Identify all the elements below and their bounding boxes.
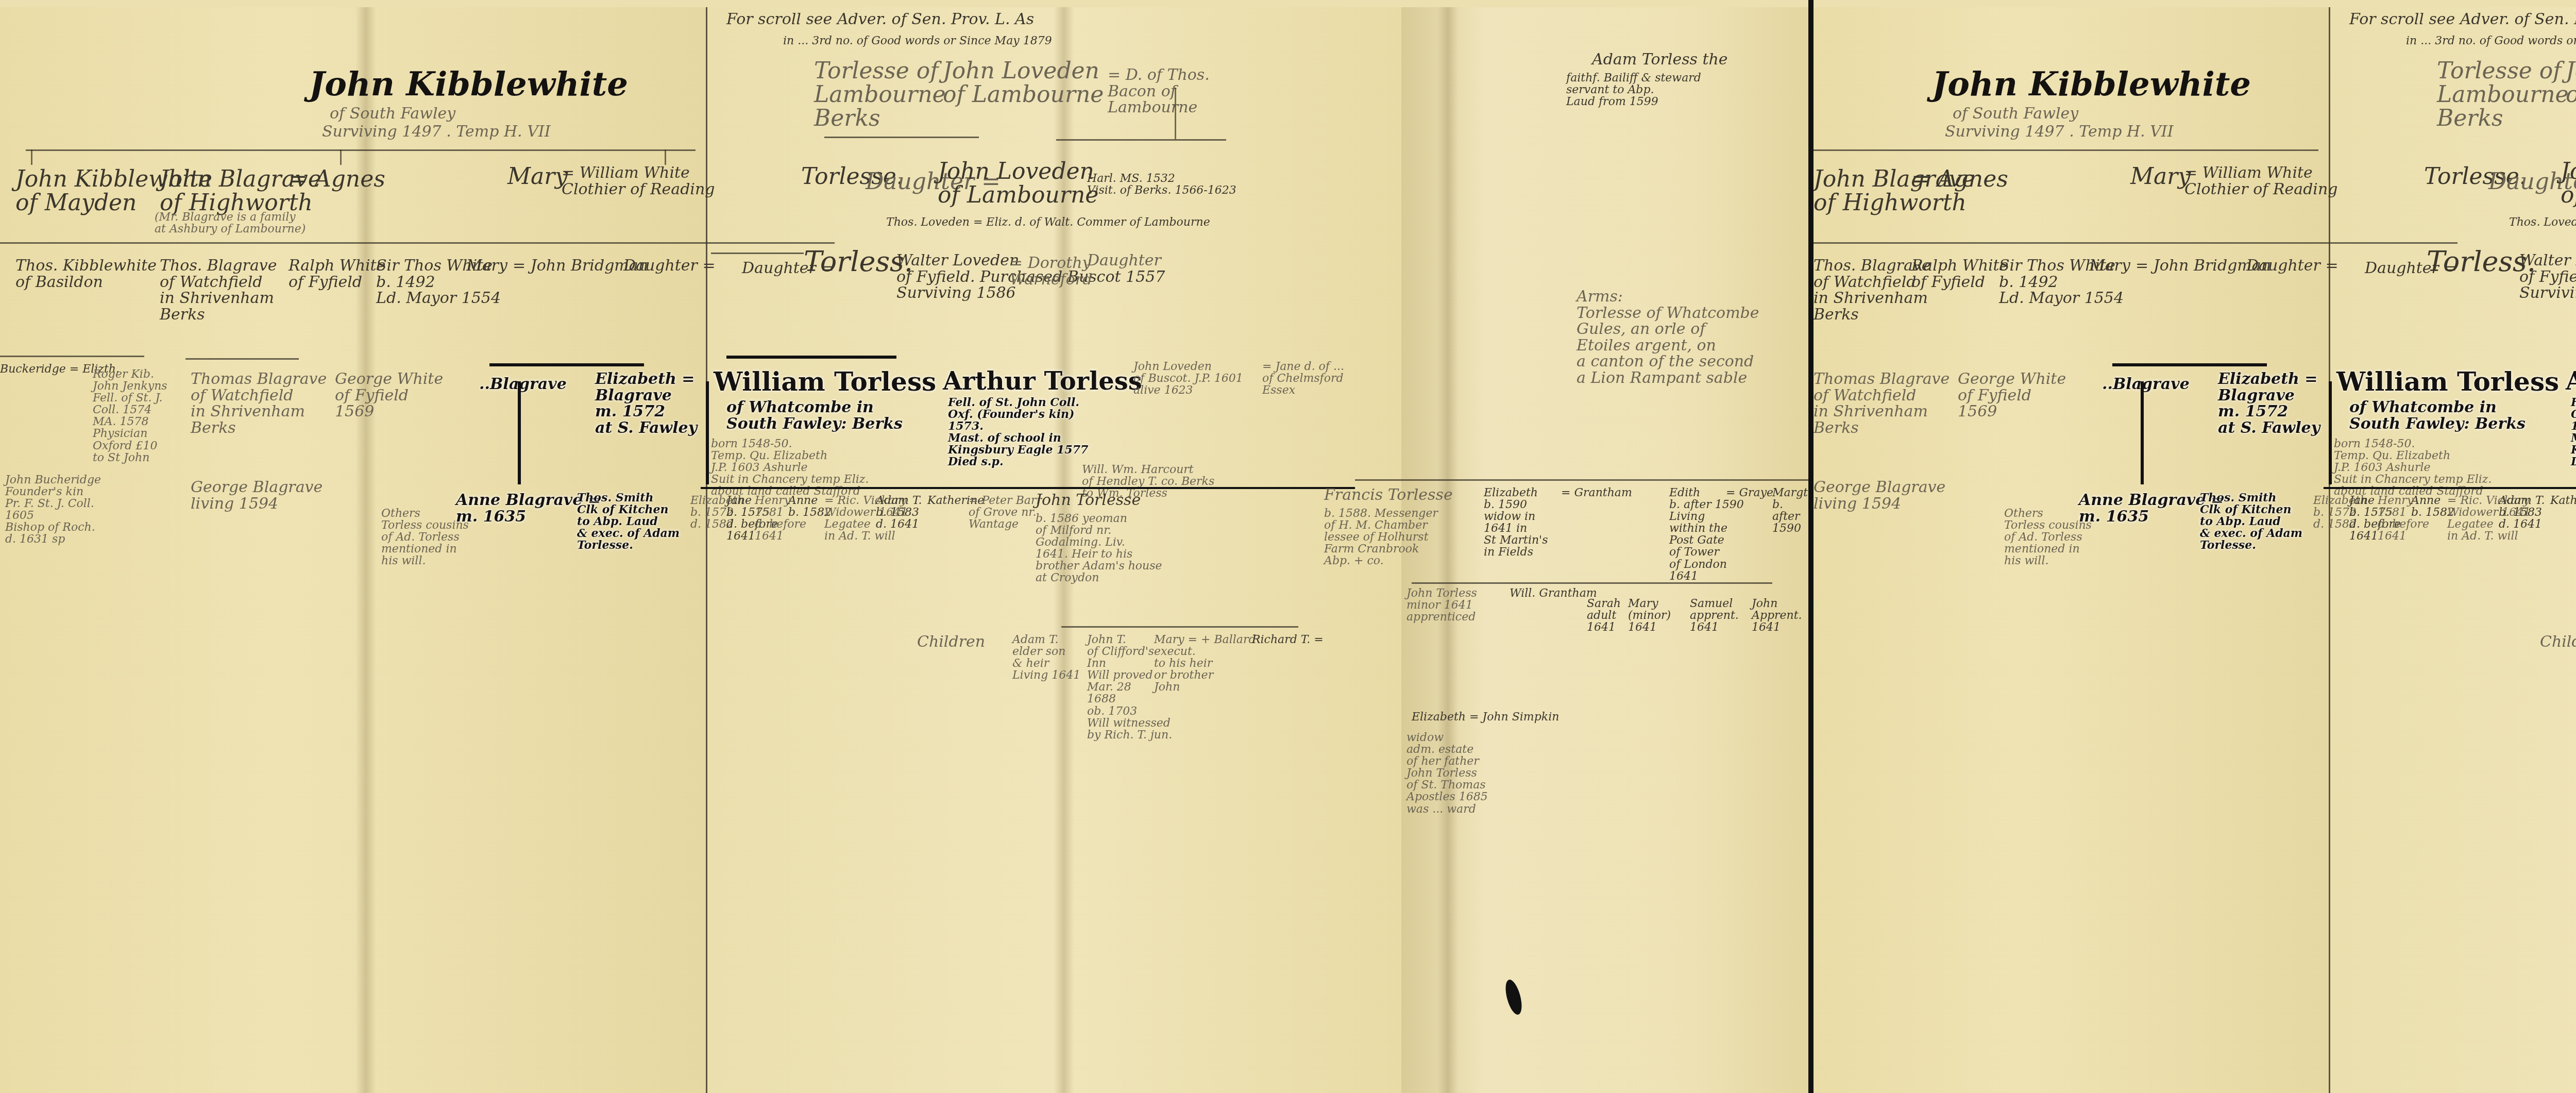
image-seam-divider: [1808, 0, 1814, 1093]
descent-line-bold: [2329, 381, 2332, 484]
person-john-loveden-lambourne: John Loveden of Lambourne: [2566, 59, 2576, 107]
harleian-ms-note: Harl. MS. 1532 Visit. of Berks. 1566-162…: [1087, 173, 1236, 196]
scroll-reference-note: For scroll see Adver. of Sen. Prov. L. A…: [726, 11, 1034, 28]
descent-line: [26, 149, 696, 151]
person-arthur-torless: Arthur Torless: [2566, 368, 2576, 394]
person-thomas-blagrave: Thomas Blagrave of Watchfield in Shriven…: [1814, 371, 1950, 436]
person-thos-smith: Thos. Smith Clk of Kitchen to Abp. Laud …: [2200, 492, 2302, 551]
person-dorothy-warneford: = Dorothy Warneford: [1010, 255, 1092, 288]
person-elizabeth-blagrave: Elizabeth = Blagrave m. 1572 at S. Fawle…: [595, 371, 697, 436]
person-mary: Mary: [507, 165, 568, 189]
person-edith: Edith b. after 1590 Living within the Po…: [1669, 487, 1744, 582]
person-william-torless: William Torless: [2336, 368, 2559, 396]
person-elizabeth-blagrave: Elizabeth = Blagrave m. 1572 at S. Fawle…: [2218, 371, 2320, 436]
person-elizabeth-1590: Elizabeth b. 1590 widow in 1641 in St Ma…: [1484, 487, 1548, 559]
person-george-blagrave: George Blagrave living 1594: [191, 479, 323, 512]
person-children: Children: [2540, 634, 2576, 650]
person-daughter-1: Daughter =: [623, 258, 716, 274]
person-arthur-torless-notes: Fell. of St. John Coll. Oxf. (Founder's …: [2571, 397, 2576, 468]
person-blagrave: ..Blagrave: [2102, 376, 2190, 393]
paper-fold: [1437, 7, 1458, 1093]
descent-line: [0, 356, 144, 357]
person-thos-loveden: Thos. Loveden = Eliz. d. of Walt. Commer…: [886, 216, 1210, 228]
person-john-torlesse: John Torlesse: [1036, 492, 1141, 509]
person-francis-torlesse: Francis Torlesse: [1324, 487, 1453, 503]
person-torlesse-of-lambourne: Torlesse of Lambourne Berks: [2437, 59, 2569, 131]
person-ralph-white: Ralph White of Fyfield: [1911, 258, 2008, 290]
note-arms-blazon: Arms: Torlesse of Whatcombe Gules, an or…: [1577, 289, 1759, 386]
descent-line: [1412, 582, 1772, 584]
descent-line: [1175, 88, 1176, 139]
person-george-white: George White of Fyfield 1569: [1958, 371, 2066, 420]
person-peter-barr: = Peter Barr of Grove nr. Wantage: [969, 495, 1042, 530]
person-will-grantham: Will. Grantham: [1510, 587, 1597, 599]
root-person-place: of South Fawley: [330, 106, 455, 122]
person-roger-kib: Roger Kib. John Jenkyns Fell. of St. J. …: [93, 368, 167, 464]
scroll-reference-subnote: in ... 3rd no. of Good words or Since Ma…: [783, 35, 1052, 47]
person-william-white: = William White Clothier of Reading: [2184, 165, 2337, 197]
scroll-reference-subnote: in ... 3rd no. of Good words or Since Ma…: [2406, 35, 2576, 47]
person-agnes: = Agnes: [289, 167, 385, 191]
descent-line: [1814, 242, 2458, 244]
person-john-bucheridge: John Bucheridge Founder's kin Pr. F. St.…: [5, 474, 101, 546]
person-d-of-thos-bacon: = D. of Thos. Bacon of Lambourne: [1108, 67, 1210, 116]
person-katherine: Katherine: [2550, 495, 2576, 507]
descent-line: [711, 253, 804, 254]
descent-line: [0, 242, 835, 244]
root-person-place: of South Fawley: [1953, 106, 2078, 122]
descent-line: [1355, 479, 1808, 481]
descent-line: [1056, 139, 1226, 141]
person-samuel: Samuel apprent. 1641: [1690, 598, 1739, 633]
person-john-blagrave-note: (Mr. Blagrave is a family at Ashbury of …: [155, 211, 306, 235]
person-children: Children: [917, 634, 985, 650]
person-mary: Mary: [2130, 165, 2191, 189]
person-daughter-4: Daughter: [1087, 253, 1161, 269]
person-jane: = Jane d. of ... of Chelmsford Essex: [1262, 361, 1344, 396]
paper-panel-3: [1401, 7, 1808, 1093]
person-arthur-torless-notes: Fell. of St. John Coll. Oxf. (Founder's …: [948, 397, 1088, 468]
person-adam-t: Adam T. b. 1583 d. 1641: [2499, 495, 2545, 530]
descent-line: [31, 149, 32, 165]
person-daughter-1: Daughter =: [2246, 258, 2338, 274]
scan-copy-left: For scroll see Adver. of Sen. Prov. L. A…: [0, 0, 1808, 1093]
person-sarah: Sarah adult 1641: [1587, 598, 1621, 633]
scroll-reference-note: For scroll see Adver. of Sen. Prov. L. A…: [2349, 11, 2576, 28]
person-john-torless-minor: John Torless minor 1641 apprenticed: [1406, 587, 1477, 623]
person-richard-t: Richard T. =: [1252, 634, 1324, 646]
person-agnes: = Agnes: [1911, 167, 2008, 191]
person-torlesse-of-lambourne: Torlesse of Lambourne Berks: [814, 59, 946, 131]
descent-line-bold: [726, 356, 896, 359]
person-margt: Margt. b. after 1590: [1772, 487, 1808, 534]
person-adam-t-elder: Adam T. elder son & heir Living 1641: [1012, 634, 1080, 681]
person-william-white: = William White Clothier of Reading: [562, 165, 715, 197]
root-person-date: Surviving 1497 . Temp H. VII: [322, 124, 551, 140]
person-adam-t: Adam T. b. 1583 d. 1641: [876, 495, 922, 530]
descent-line: [824, 137, 979, 138]
person-grantham: = Grantham: [1561, 487, 1632, 499]
person-graye: = Graye: [1726, 487, 1773, 499]
person-george-blagrave: George Blagrave living 1594: [1814, 479, 1945, 512]
note-adam-torless-title: Adam Torless the: [1592, 52, 1728, 68]
person-john-torlesse-notes: b. 1586 yeoman of Milford nr. Godalming.…: [1036, 513, 1162, 584]
root-person-date: Surviving 1497 . Temp H. VII: [1945, 124, 2174, 140]
descent-line: [340, 149, 342, 165]
person-thomas-blagrave: Thomas Blagrave of Watchfield in Shriven…: [191, 371, 327, 436]
descent-line-bold: [706, 381, 709, 484]
descent-line-bold: [2141, 381, 2144, 484]
descent-line: [665, 149, 666, 165]
descent-line: [1814, 149, 2318, 151]
person-william-torless-place: of Whatcombe in South Fawley: Berks: [2349, 399, 2526, 432]
person-ralph-white: Ralph White of Fyfield: [289, 258, 385, 290]
person-walter-loveden: Walter Loveden of Fyfield. Purchased Bus…: [2519, 253, 2576, 301]
person-thos-smith: Thos. Smith Clk of Kitchen to Abp. Laud …: [577, 492, 680, 551]
person-john-loveden-buscot: John Loveden of Buscot. J.P. 1601 alive …: [1133, 361, 1243, 396]
person-john-apprentice: John Apprent. 1641: [1752, 598, 1802, 633]
person-mary-bridgman: Mary: [466, 258, 507, 274]
person-william-torless: William Torless: [714, 368, 936, 396]
person-arthur-torless: Arthur Torless: [943, 368, 1142, 394]
descent-line: [1061, 626, 1298, 628]
scan-copy-right: For scroll see Adver. of Sen. Prov. L. A…: [1814, 0, 2576, 1093]
person-thos-blagrave: Thos. Blagrave of Watchfield in Shrivenh…: [160, 258, 277, 323]
person-john-loveden-2: John Loveden of Lambourne: [2561, 160, 2576, 207]
person-john-loveden-lambourne: John Loveden of Lambourne: [943, 59, 1104, 107]
person-william-torless-place: of Whatcombe in South Fawley: Berks: [726, 399, 903, 432]
descent-line-bold: [2112, 363, 2267, 366]
person-george-white: George White of Fyfield 1569: [335, 371, 443, 420]
descent-line-bold: [489, 363, 644, 366]
person-thos-loveden: Thos. Loveden = Eliz. d. of Walt. Commer…: [2509, 216, 2576, 228]
person-elizabeth-simpkin-notes: widow adm. estate of her father John Tor…: [1406, 732, 1488, 815]
person-elizabeth-simpkin: Elizabeth = John Simpkin: [1412, 711, 1559, 723]
root-person-name: John Kibblewhite: [1932, 67, 2251, 102]
descent-line: [185, 358, 299, 360]
person-thos-kibblewhite: Thos. Kibblewhite of Basildon: [15, 258, 157, 290]
person-mary-minor: Mary (minor) 1641: [1628, 598, 1671, 633]
descent-line: [701, 487, 1355, 489]
descent-line-bold: [518, 381, 521, 484]
root-person-name: John Kibblewhite: [309, 67, 628, 102]
person-mary-bridgman: Mary: [2089, 258, 2130, 274]
person-francis-torlesse-notes: b. 1588. Messenger of H. M. Chamber less…: [1324, 508, 1438, 567]
descent-line: [2324, 487, 2576, 489]
person-mary-ballard: Mary = + Ballard execut. to his heir or …: [1154, 634, 1256, 693]
person-blagrave: ..Blagrave: [479, 376, 567, 393]
note-adam-torless-sub: faithf. Bailiff & steward servant to Abp…: [1566, 72, 1701, 108]
person-john-loveden-2: John Loveden of Lambourne: [938, 160, 1098, 207]
